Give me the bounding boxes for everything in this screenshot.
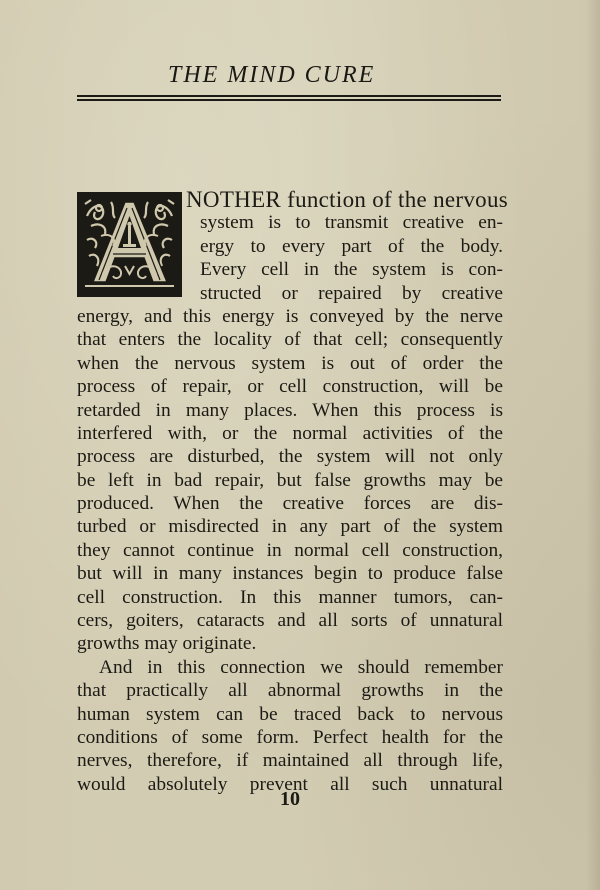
text-line: cell construction. In this manner tumors… <box>77 586 503 609</box>
body-text: NOTHER function of the nervous system is… <box>77 188 503 796</box>
text-line: conditions of some form. Perfect health … <box>77 726 503 749</box>
text-line: be left in bad repair, but false growths… <box>77 469 503 492</box>
text-line: turbed or misdirected in any part of the… <box>77 515 503 538</box>
text-line: cers, goiters, cataracts and all sorts o… <box>77 609 503 632</box>
paragraph: And in this connection we should remembe… <box>77 656 503 796</box>
text-line: human system can be traced back to nervo… <box>77 703 503 726</box>
text-line: that enters the locality of that cell; c… <box>77 328 503 351</box>
text-line: And in this connection we should remembe… <box>77 656 503 679</box>
text-line: process are disturbed, the system will n… <box>77 445 503 468</box>
page-number: 10 <box>279 788 301 811</box>
text-line: that practically all abnormal growths in… <box>77 679 503 702</box>
text-line: interfered with, or the normal activitie… <box>77 422 503 445</box>
text-line: but will in many instances begin to prod… <box>77 562 503 585</box>
text-line: when the nervous system is out of order … <box>77 352 503 375</box>
text-line: system is to transmit creative en- <box>200 211 503 234</box>
text-line: Every cell in the system is con- <box>200 258 503 281</box>
text-line: energy, and this energy is conveyed by t… <box>77 305 503 328</box>
text-line: retarded in many places. When this proce… <box>77 399 503 422</box>
opening-line: NOTHER function of the nervous <box>186 187 508 212</box>
running-head: THE MIND CURE <box>168 62 418 89</box>
text-line: ergy to every part of the body. <box>200 235 503 258</box>
page-edge-shadow <box>586 0 600 890</box>
text-line: structed or repaired by creative <box>200 282 503 305</box>
text-line: NOTHER function of the nervous <box>186 188 503 211</box>
text-line: they cannot continue in normal cell cons… <box>77 539 503 562</box>
header-rule-top <box>77 95 501 97</box>
text-line: produced. When the creative forces are d… <box>77 492 503 515</box>
text-line: nerves, therefore, if maintained all thr… <box>77 749 503 772</box>
text-line: growths may originate. <box>77 632 503 655</box>
text-line: process of repair, or cell construction,… <box>77 375 503 398</box>
header-rule-bottom <box>77 99 501 101</box>
paragraph: NOTHER function of the nervous system is… <box>77 188 503 656</box>
